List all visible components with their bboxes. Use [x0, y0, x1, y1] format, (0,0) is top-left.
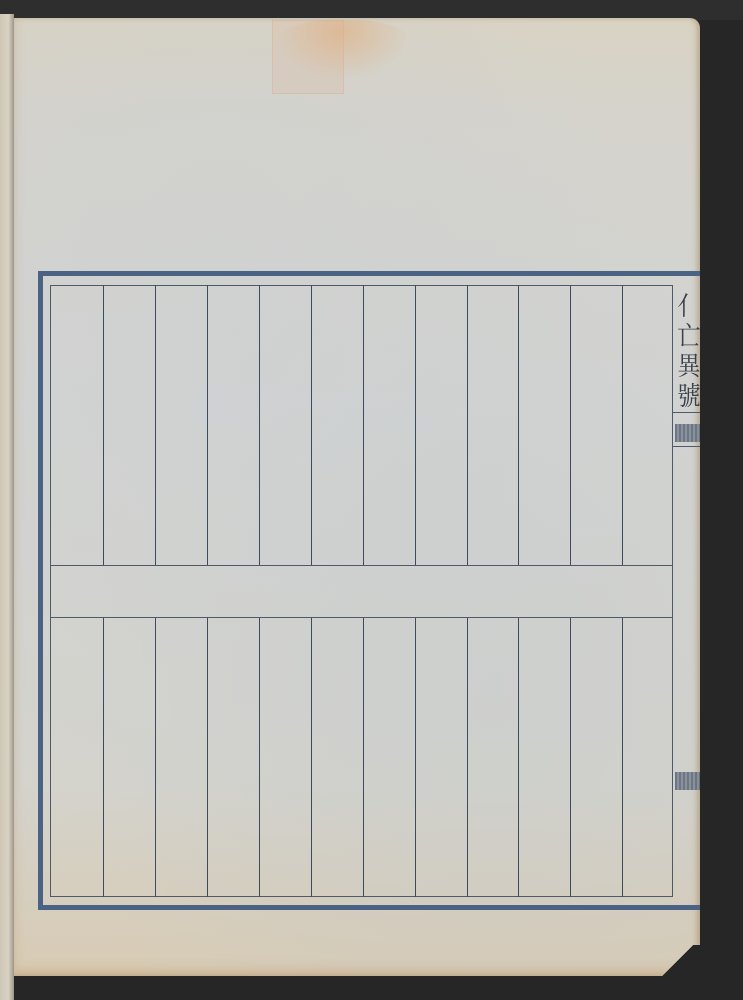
title-character: 亻	[677, 292, 700, 322]
title-box-rule	[673, 412, 700, 413]
upper-fishtail-mark	[675, 424, 700, 442]
title-character: 亡	[677, 322, 700, 352]
middle-band-top-rule	[50, 565, 673, 566]
column-rule	[518, 285, 519, 565]
torn-page-corner	[655, 945, 700, 976]
column-rule	[207, 617, 208, 897]
upper-fishtail-rule	[673, 446, 700, 447]
column-rule	[363, 617, 364, 897]
column-rule	[622, 285, 623, 565]
column-rule	[259, 617, 260, 897]
column-rule	[518, 617, 519, 897]
column-rule	[363, 285, 364, 565]
middle-band-bottom-rule	[50, 617, 673, 618]
column-rule	[570, 617, 571, 897]
column-rule	[103, 285, 104, 565]
water-stain	[276, 20, 411, 80]
column-rule	[155, 285, 156, 565]
facing-page-edge	[0, 14, 14, 1000]
column-rule	[570, 285, 571, 565]
inner-grid-frame	[50, 285, 673, 897]
column-rule	[259, 285, 260, 565]
scan-background: 亻亡異號	[0, 0, 743, 1000]
column-rule	[155, 617, 156, 897]
column-rule	[415, 285, 416, 565]
title-character: 異	[677, 352, 700, 382]
column-rule	[103, 617, 104, 897]
column-rule	[415, 617, 416, 897]
lower-fishtail-mark	[675, 772, 700, 790]
column-rule	[207, 285, 208, 565]
column-rule	[467, 617, 468, 897]
column-rule	[467, 285, 468, 565]
column-rule	[311, 285, 312, 565]
title-character: 號	[677, 382, 700, 412]
scanner-top-edge	[0, 0, 743, 20]
column-rule	[311, 617, 312, 897]
column-rule	[622, 617, 623, 897]
